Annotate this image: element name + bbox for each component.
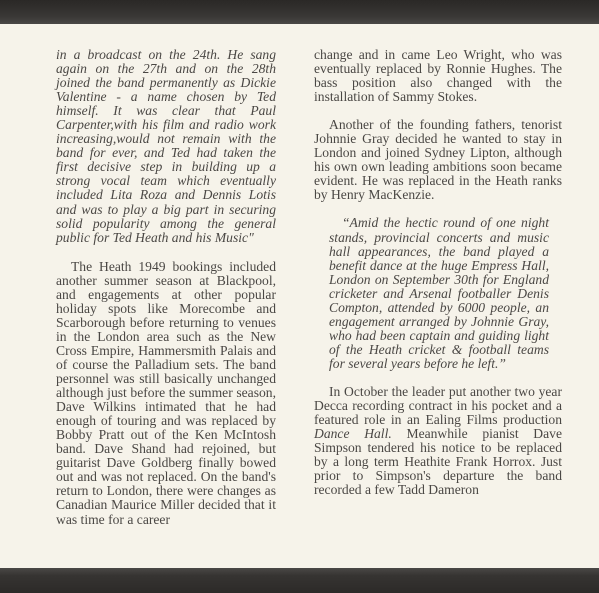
bottom-dark-border	[0, 568, 599, 593]
paragraph-continuation: change and in came Leo Wright, who was e…	[314, 48, 562, 104]
paragraph-1949-bookings: The Heath 1949 bookings included another…	[56, 260, 276, 527]
block-quote-empress-hall: “Amid the hectic round of one night stan…	[329, 216, 549, 371]
paragraph-october-part-1: In October the leader put another two ye…	[314, 384, 562, 427]
quote-continuation: in a broadcast on the 24th. He sang agai…	[56, 48, 276, 245]
film-title: Dance Hall.	[314, 426, 392, 441]
left-column: in a broadcast on the 24th. He sang agai…	[56, 48, 276, 527]
paragraph-october: In October the leader put another two ye…	[314, 385, 562, 497]
top-dark-border	[0, 0, 599, 24]
paragraph-founding-fathers: Another of the founding fathers, tenoris…	[314, 118, 562, 202]
right-column: change and in came Leo Wright, who was e…	[314, 48, 562, 497]
booklet-page: in a broadcast on the 24th. He sang agai…	[0, 24, 599, 568]
